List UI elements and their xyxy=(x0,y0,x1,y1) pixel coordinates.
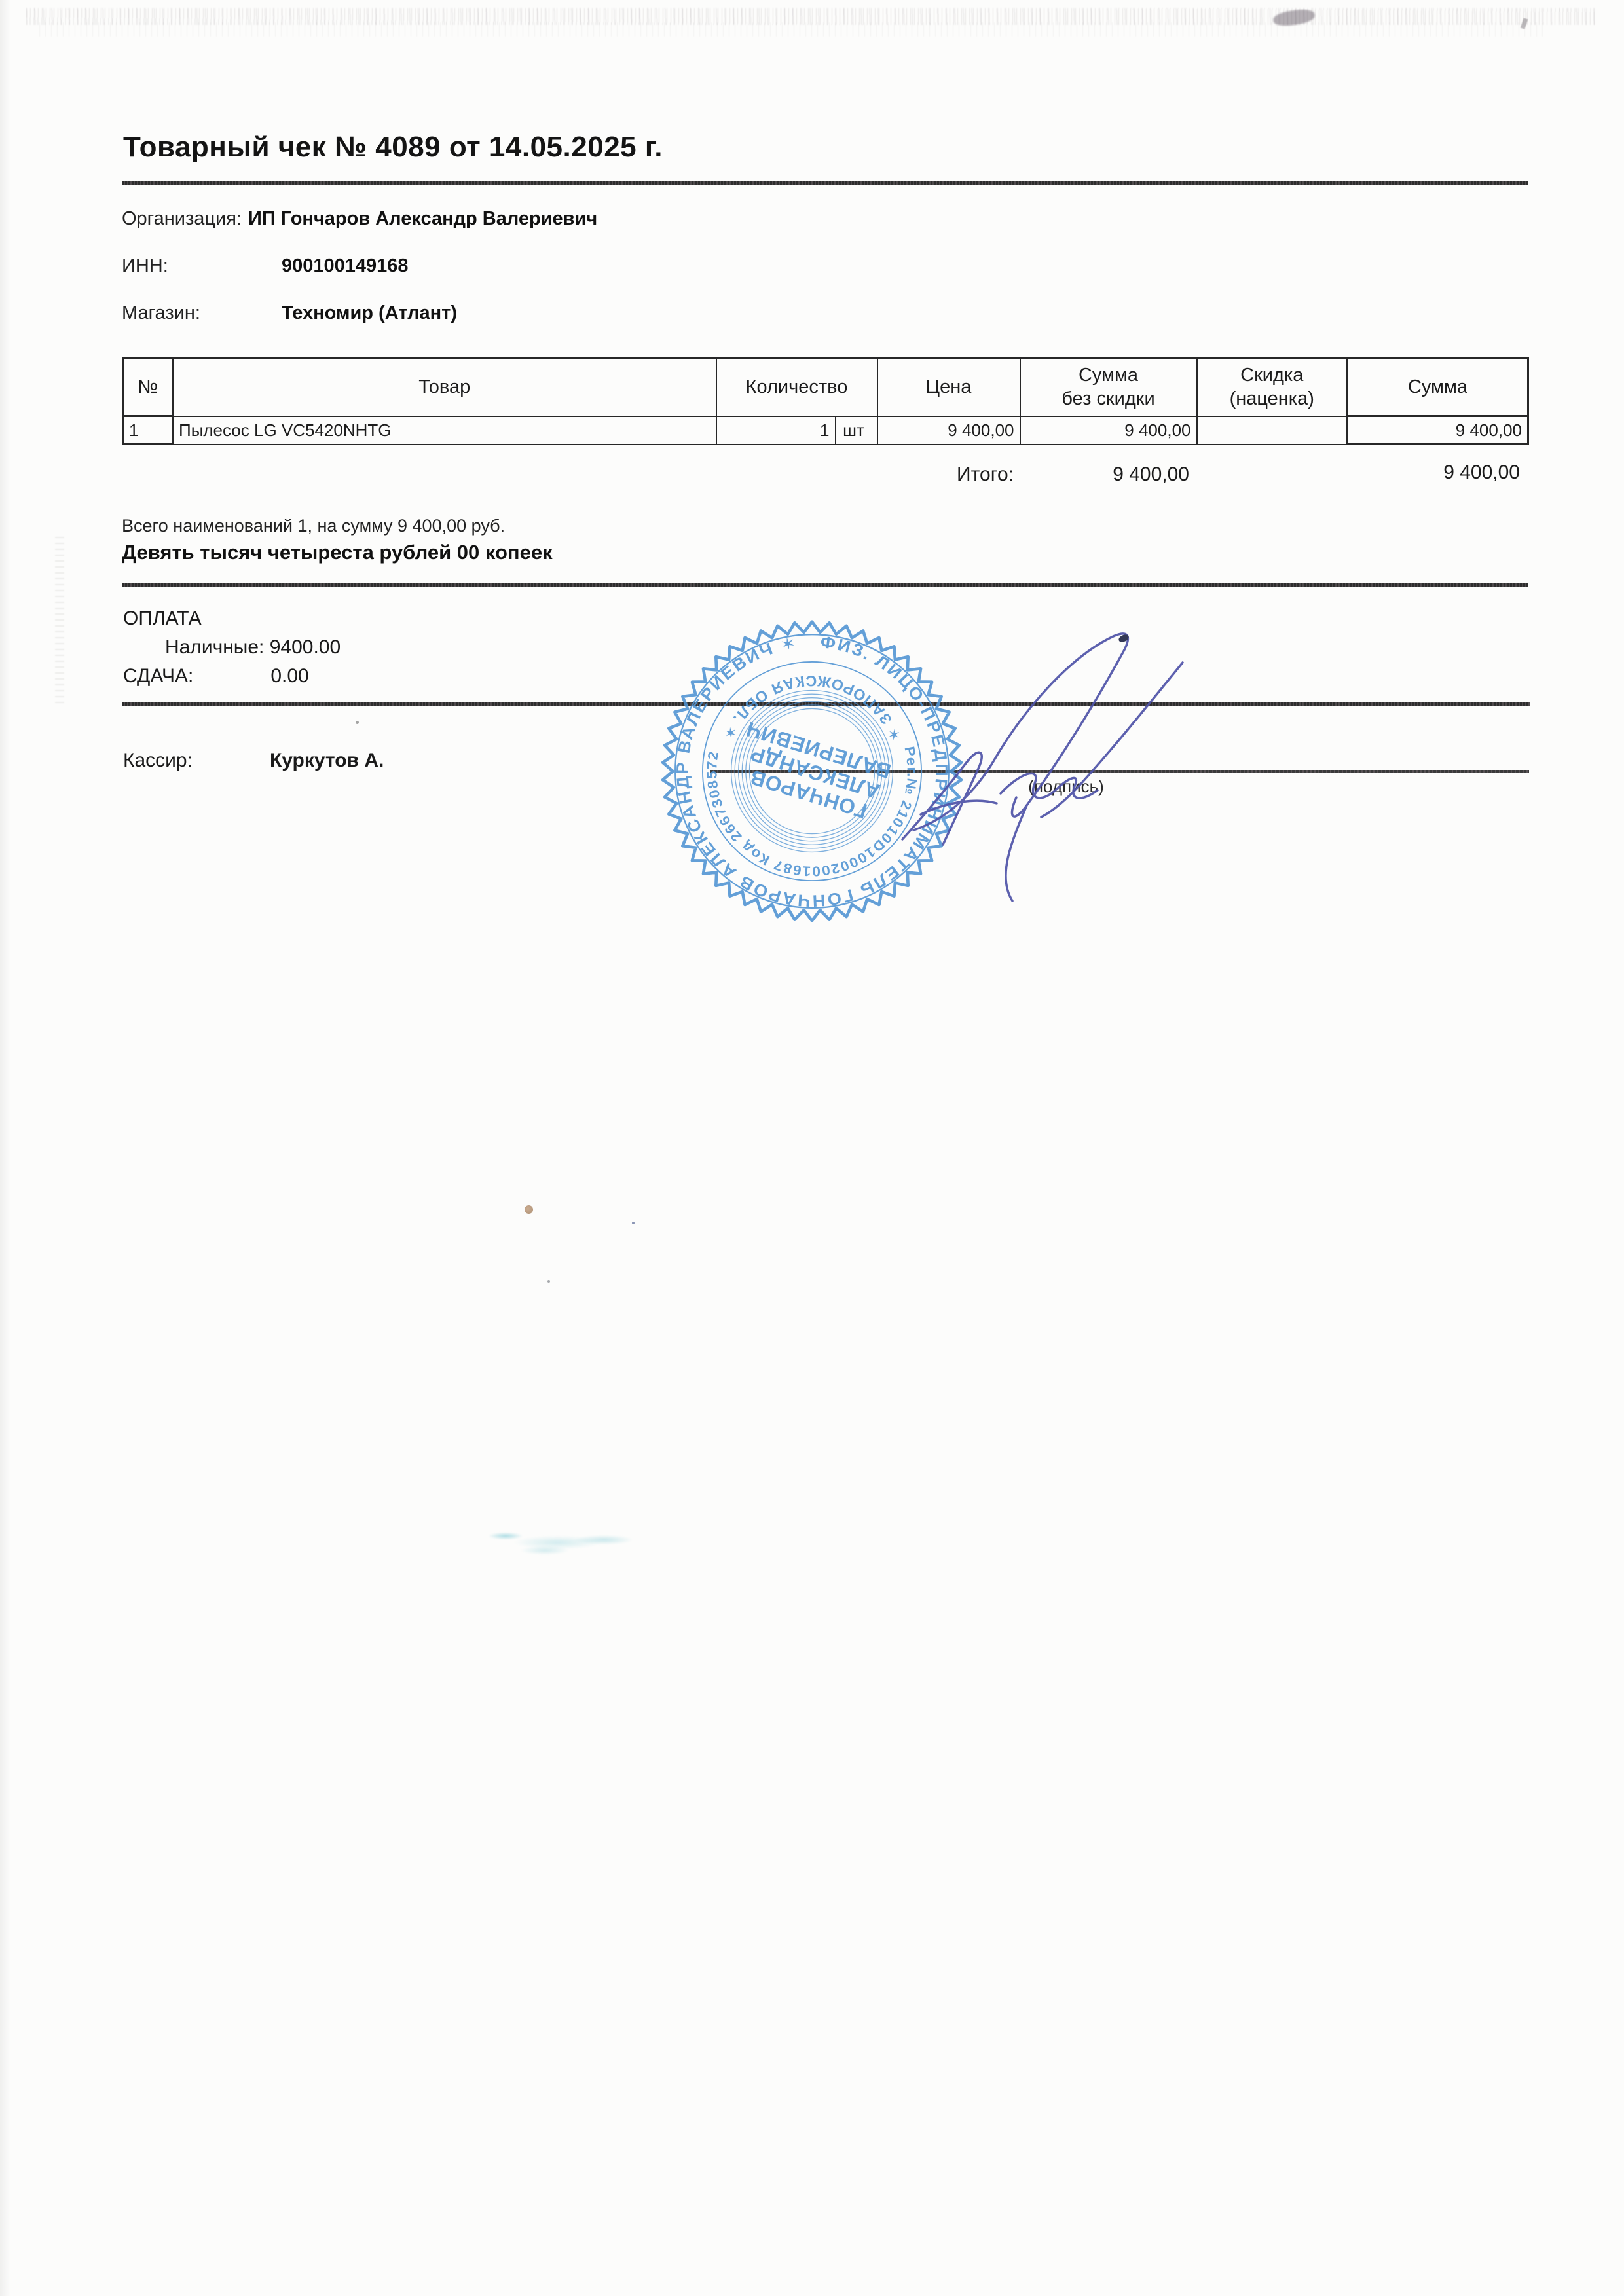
payment-change-row: СДАЧА: 0.00 xyxy=(123,665,309,687)
scan-edge-shadow xyxy=(0,0,10,2296)
ink-speck xyxy=(547,1280,550,1283)
cashier-name: Куркутов А. xyxy=(270,750,384,772)
handwritten-signature xyxy=(0,0,1624,2296)
row-qty-value: 1 xyxy=(722,420,835,441)
row-sum: 9 400,00 xyxy=(1348,416,1528,445)
signature-apex-blot xyxy=(1118,633,1130,644)
total-label: Итого: xyxy=(915,464,1014,486)
ink-speck xyxy=(632,1222,635,1224)
row-sum-no-discount: 9 400,00 xyxy=(1020,416,1197,445)
items-table: № Товар Количество Цена Сумма без скидки… xyxy=(122,357,1529,445)
col-header-num: № xyxy=(123,358,173,416)
highlighter-smudge xyxy=(486,1524,633,1556)
row-qty-cell: 1 шт xyxy=(716,416,877,445)
paper-stain-dot xyxy=(525,1205,533,1214)
col-header-qty: Количество xyxy=(716,358,877,416)
title-underline xyxy=(122,181,1528,185)
ink-dot-artifact xyxy=(356,721,359,724)
col-header-item: Товар xyxy=(173,358,716,416)
round-stamp: ФИЗ. ЛИЦО-ПРЕДПРИНИМАТЕЛЬ ГОНЧАРОВ АЛЕКС… xyxy=(650,619,974,923)
signature-tail xyxy=(1006,805,1027,901)
shop-value: Техномир (Атлант) xyxy=(282,302,457,324)
col-header-price: Цена xyxy=(877,358,1020,416)
cashier-label: Кассир: xyxy=(123,750,193,772)
inn-label: ИНН: xyxy=(122,255,282,277)
items-count-line: Всего наименований 1, на сумму 9 400,00 … xyxy=(122,516,505,536)
row-price: 9 400,00 xyxy=(877,416,1020,445)
cashier-row: Кассир: Куркутов А. xyxy=(123,750,384,772)
payment-section-title: ОПЛАТА xyxy=(123,608,202,630)
change-label: СДАЧА: xyxy=(123,665,193,687)
receipt-title: Товарный чек № 4089 от 14.05.2025 г. xyxy=(123,131,1040,164)
table-row: 1 Пылесос LG VC5420NHTG 1 шт 9 400,00 9 … xyxy=(123,416,1528,445)
items-table-header-row: № Товар Количество Цена Сумма без скидки… xyxy=(123,358,1528,416)
total-sum: 9 400,00 xyxy=(1388,462,1520,484)
col-header-sum-no-discount: Сумма без скидки xyxy=(1020,358,1197,416)
shop-label: Магазин: xyxy=(122,302,282,324)
change-value: 0.00 xyxy=(270,665,308,687)
row-discount xyxy=(1197,416,1348,445)
stamp-center-name: ГОНЧАРОВ АЛЕКСАНДР ВАЛЕРИЕВИЧ xyxy=(730,717,894,826)
divider-above-payment xyxy=(122,583,1528,587)
receipt-page: Товарный чек № 4089 от 14.05.2025 г. Орг… xyxy=(0,0,1624,2296)
signature-caption: (подпись) xyxy=(1027,776,1105,797)
organization-label: Организация: xyxy=(122,208,242,230)
row-item-name: Пылесос LG VC5420NHTG xyxy=(173,416,716,445)
organization-value: ИП Гончаров Александр Валериевич xyxy=(248,208,597,230)
amount-in-words: Девять тысяч четыреста рублей 00 копеек xyxy=(122,541,553,564)
row-num: 1 xyxy=(123,416,173,445)
inn-row: ИНН: 900100149168 xyxy=(122,255,409,277)
shop-row: Магазин: Техномир (Атлант) xyxy=(122,302,457,324)
col-header-discount: Скидка (наценка) xyxy=(1197,358,1348,416)
col-header-sum: Сумма xyxy=(1348,358,1528,416)
scan-edge-streaks xyxy=(55,537,64,707)
total-sum-no-discount: 9 400,00 xyxy=(1061,464,1189,486)
scanner-noise-band-2 xyxy=(39,22,1545,37)
row-qty-unit: шт xyxy=(836,420,872,441)
payment-cash-line: Наличные: 9400.00 xyxy=(165,636,341,659)
organization-row: Организация: ИП Гончаров Александр Валер… xyxy=(122,208,597,230)
inn-value: 900100149168 xyxy=(282,255,409,277)
